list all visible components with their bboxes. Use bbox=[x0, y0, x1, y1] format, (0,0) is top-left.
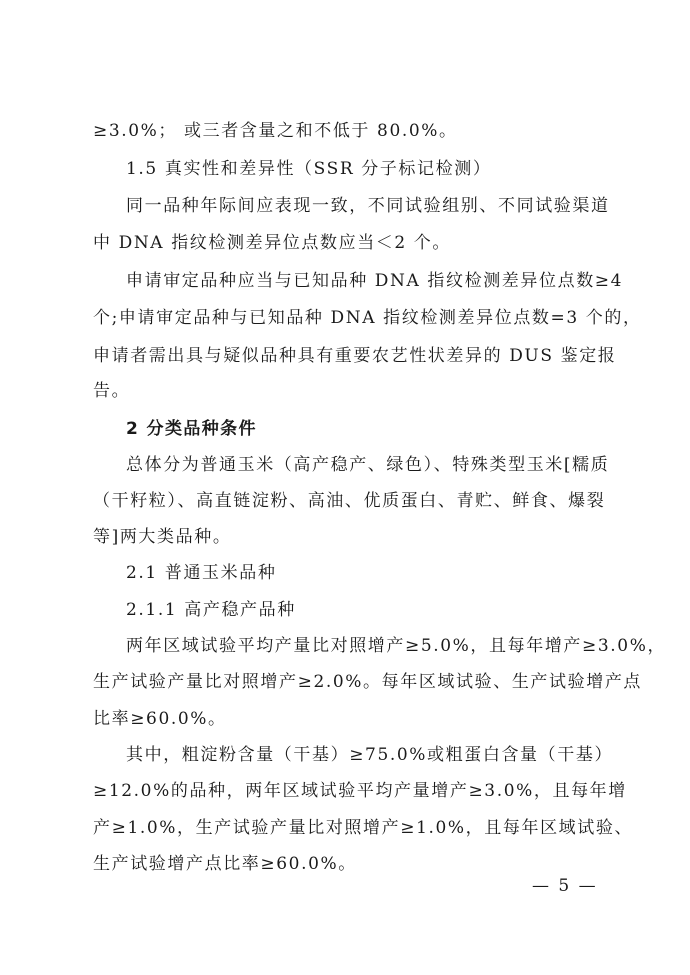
paragraph-line: ≥12.0%的品种，两年区域试验平均产量增产≥3.0%，且每年增 bbox=[93, 780, 605, 802]
paragraph-line: 生产试验增产点比率≥60.0%。 bbox=[93, 853, 605, 875]
paragraph-line: 其中，粗淀粉含量（干基）≥75.0%或粗蛋白含量（干基） bbox=[126, 744, 606, 766]
paragraph-line: 中 DNA 指纹检测差异位点数应当＜2 个。 bbox=[93, 232, 605, 254]
paragraph-line: 两年区域试验平均产量比对照增产≥5.0%，且每年增产≥3.0%， bbox=[126, 635, 606, 657]
paragraph-line: 生产试验产量比对照增产≥2.0%。每年区域试验、生产试验增产点 bbox=[93, 671, 605, 693]
paragraph-line: 同一品种年际间应表现一致，不同试验组别、不同试验渠道 bbox=[126, 195, 606, 217]
paragraph-line: 等]两大类品种。 bbox=[93, 526, 605, 548]
paragraph-line: 告。 bbox=[93, 380, 605, 402]
section-heading-2-1-1: 2.1.1 高产稳产品种 bbox=[126, 599, 606, 621]
paragraph-line: 个;申请审定品种与已知品种 DNA 指纹检测差异位点数=3 个的， bbox=[93, 307, 605, 329]
paragraph-line: 申请者需出具与疑似品种具有重要农艺性状差异的 DUS 鉴定报 bbox=[93, 345, 605, 367]
section-heading-1-5: 1.5 真实性和差异性（SSR 分子标记检测） bbox=[126, 158, 606, 180]
paragraph-line: 总体分为普通玉米（高产稳产、绿色）、特殊类型玉米[糯质 bbox=[126, 454, 606, 476]
paragraph-line: ≥3.0%； 或三者含量之和不低于 80.0%。 bbox=[93, 120, 605, 142]
document-page: ≥3.0%； 或三者含量之和不低于 80.0%。 1.5 真实性和差异性（SSR… bbox=[0, 0, 690, 975]
paragraph-line: 比率≥60.0%。 bbox=[93, 708, 605, 730]
paragraph-line: 产≥1.0%，生产试验产量比对照增产≥1.0%，且每年区域试验、 bbox=[93, 817, 605, 839]
paragraph-line: 申请审定品种应当与已知品种 DNA 指纹检测差异位点数≥4 bbox=[126, 270, 606, 292]
paragraph-line: （干籽粒）、高直链淀粉、高油、优质蛋白、青贮、鲜食、爆裂 bbox=[93, 490, 605, 512]
section-heading-2-1: 2.1 普通玉米品种 bbox=[126, 562, 606, 584]
page-number: — 5 — bbox=[532, 876, 598, 896]
section-heading-2: 2 分类品种条件 bbox=[126, 418, 606, 440]
